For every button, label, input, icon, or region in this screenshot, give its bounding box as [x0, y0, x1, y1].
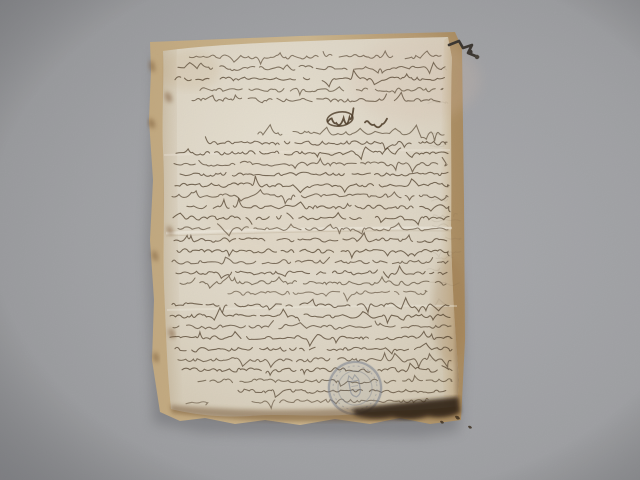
manuscript-photo [0, 0, 640, 480]
photo-grain [0, 0, 640, 480]
manuscript-photo-canvas [0, 0, 640, 480]
